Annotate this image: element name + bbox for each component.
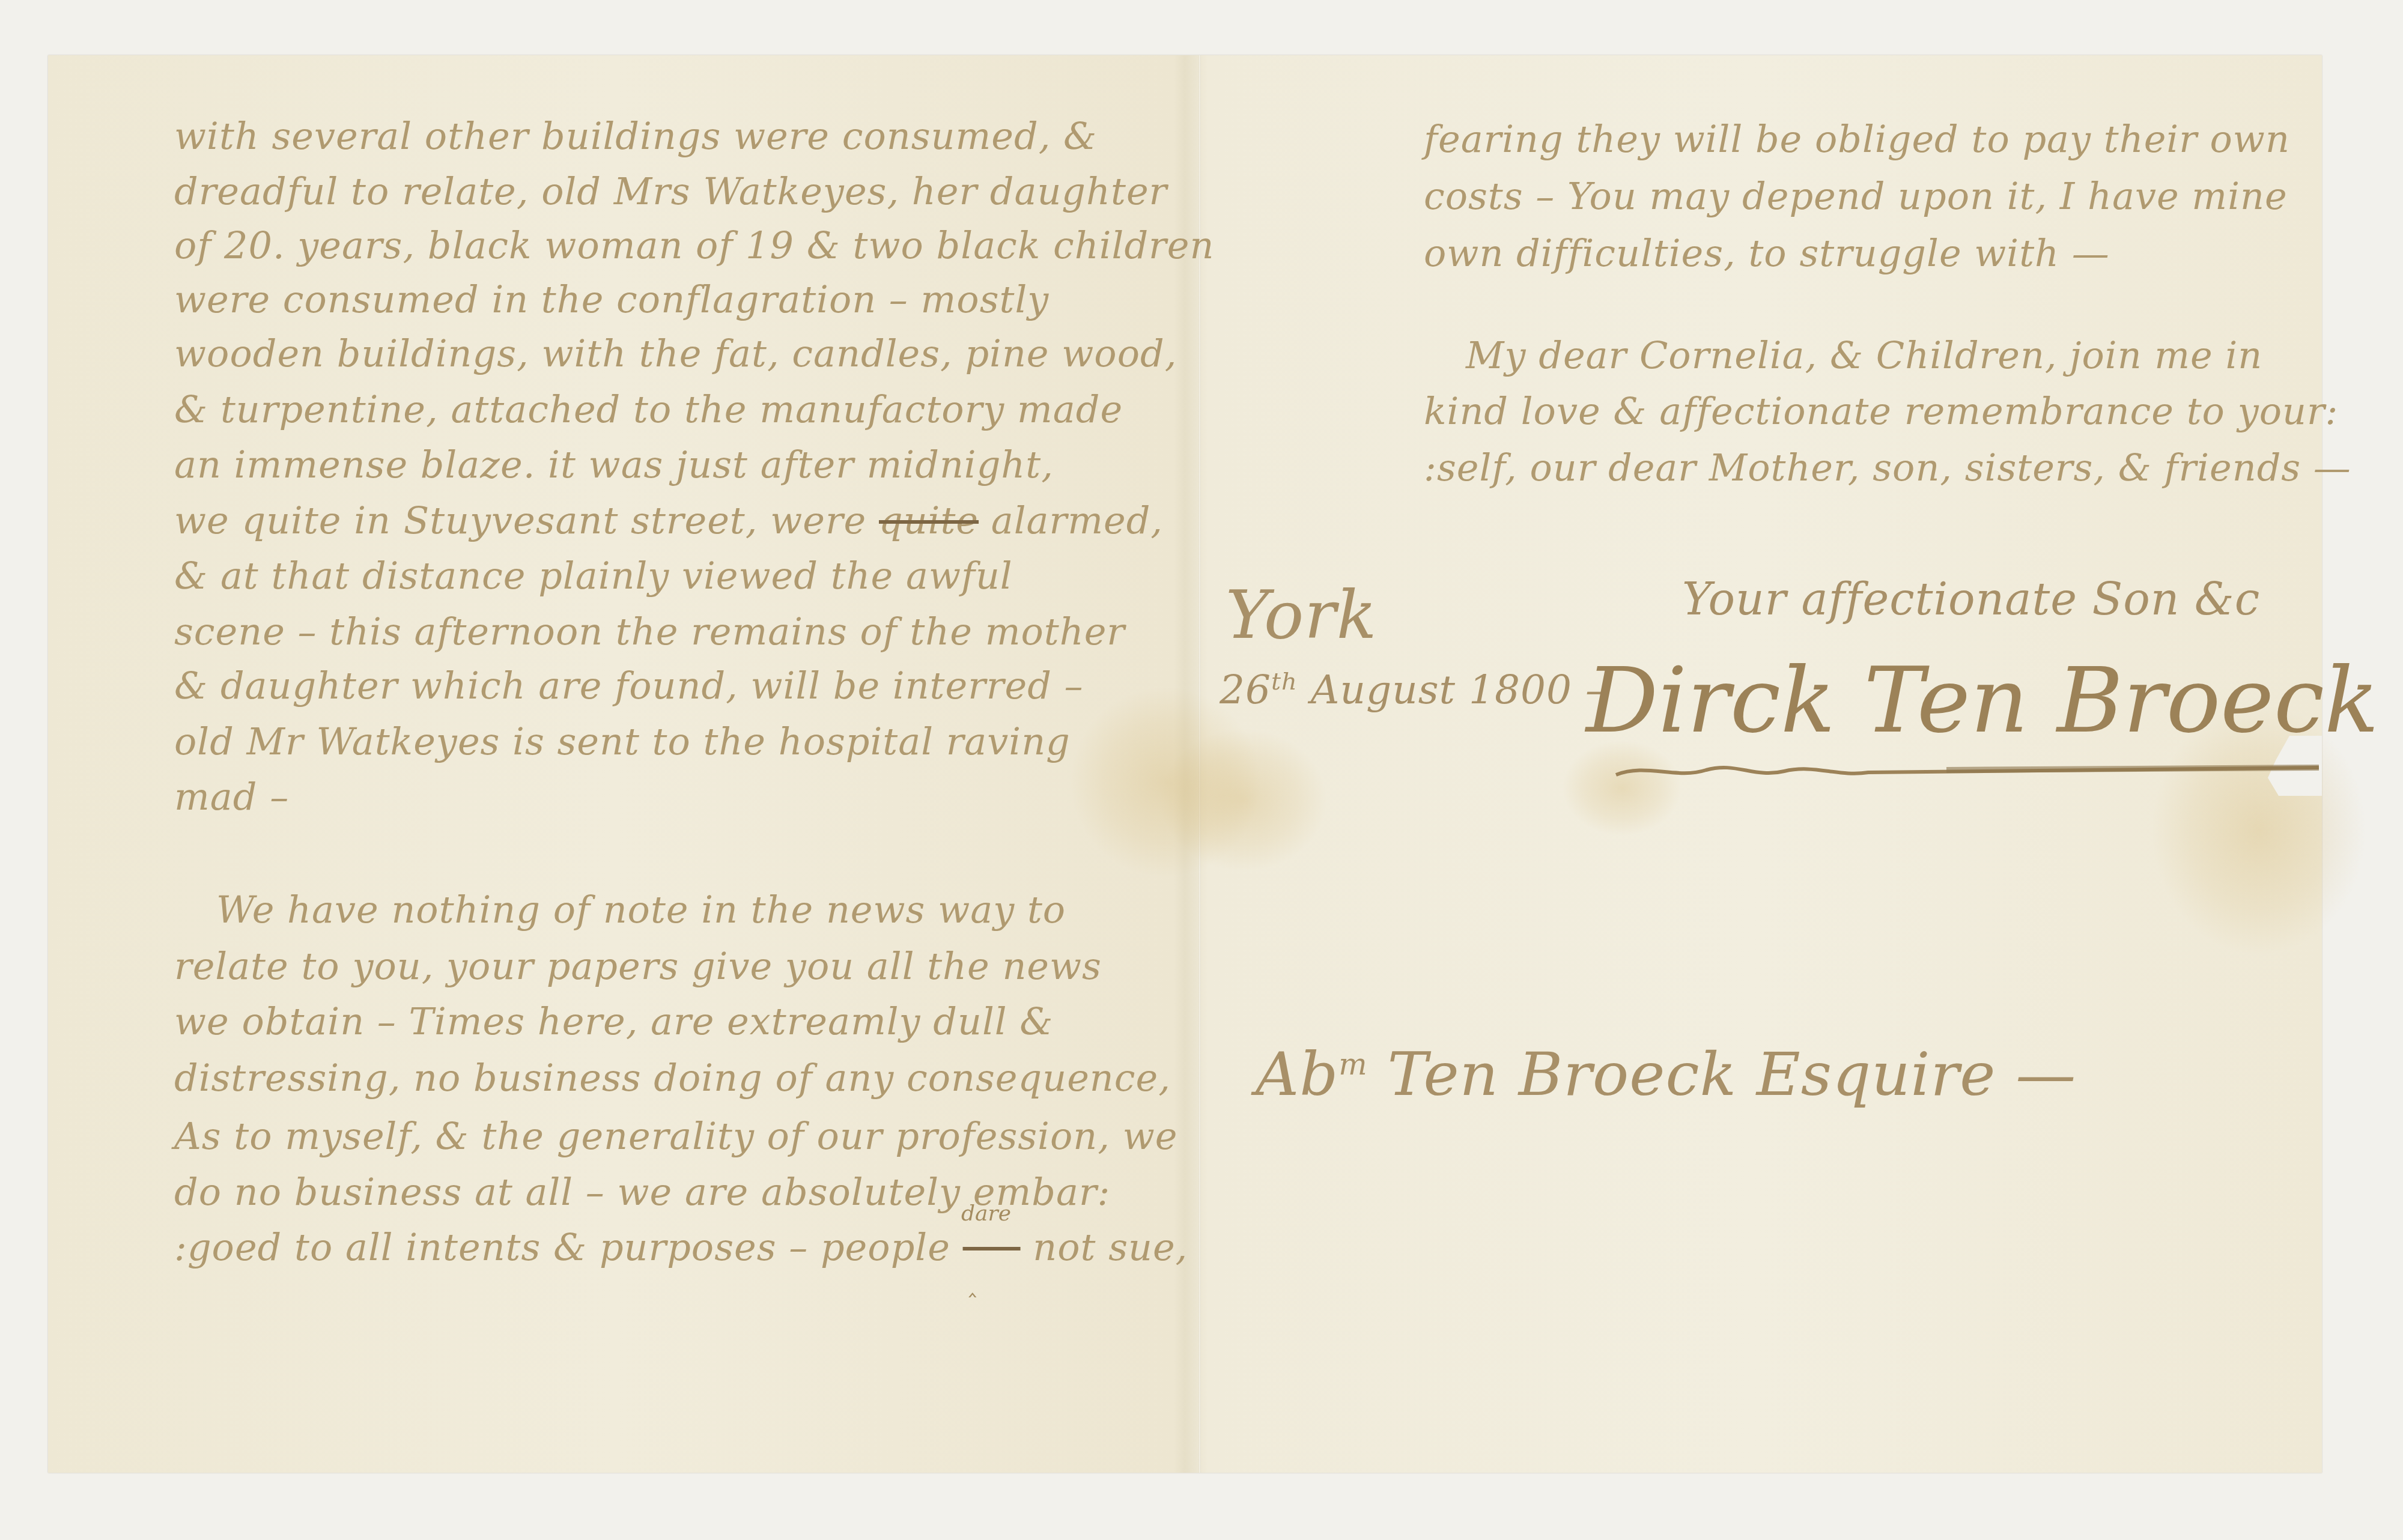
text-line: costs – You may depend upon it, I have m… (1424, 174, 2277, 218)
text-line: scene – this afternoon the remains of th… (174, 610, 1147, 653)
addressee-line: Abm Ten Broeck Esquire — (1256, 1039, 2076, 1109)
text-line: & at that distance plainly viewed the aw… (174, 554, 1147, 598)
text-line: dreadful to relate, old Mrs Watkeyes, he… (174, 169, 1147, 213)
text-line: own difficulties, to struggle with — (1424, 231, 2277, 275)
text-line: We have nothing of note in the news way … (216, 888, 1189, 932)
letter-place: York (1226, 577, 1378, 653)
date-suffix: th (1271, 668, 1298, 696)
addressee-name: Ten Broeck Esquire — (1368, 1039, 2077, 1109)
text-line: relate to you, your papers give you all … (174, 944, 1147, 988)
text-line: we obtain – Times here, are extreamly du… (174, 999, 1147, 1043)
text-segment: alarmed, (991, 499, 1163, 542)
closing-line: Your affectionate Son &c (1682, 574, 2260, 625)
text-line: kind love & affectionate remembrance to … (1424, 389, 2277, 433)
insertion-caret: ‸ (968, 1270, 977, 1298)
text-line: wooden buildings, with the fat, candles,… (174, 332, 1147, 375)
text-line: My dear Cornelia, & Children, join me in (1466, 333, 2319, 377)
text-line: we quite in Stuyvesant street, were quit… (174, 499, 1147, 542)
text-line: :self, our dear Mother, son, sisters, & … (1424, 446, 2277, 490)
text-line: & turpentine, attached to the manufactor… (174, 387, 1147, 431)
text-line: :goed to all intents & purposes – people… (174, 1225, 1147, 1269)
text-segment: :goed to all intents & purposes – people (174, 1225, 950, 1269)
text-line: were consumed in the conflagration – mos… (174, 277, 1147, 321)
signature-flourish (1610, 762, 2331, 780)
water-stain (1159, 728, 1328, 872)
text-line: As to myself, & the generality of our pr… (174, 1114, 1147, 1158)
text-line: mad – (174, 775, 1147, 819)
addressee-prefix: Ab (1256, 1039, 1338, 1109)
text-segment: not sue, (1033, 1225, 1188, 1269)
text-line: fearing they will be obliged to pay thei… (1424, 117, 2277, 161)
date-day: 26 (1220, 667, 1271, 713)
text-line: with several other buildings were consum… (174, 114, 1147, 158)
letter-date: 26th August 1800 – (1220, 667, 1606, 713)
struck-word (963, 1225, 1021, 1269)
date-rest: August 1800 – (1311, 667, 1606, 713)
addressee-sup: m (1338, 1047, 1367, 1082)
text-line: of 20. years, black woman of 19 & two bl… (174, 223, 1147, 267)
text-line: & daughter which are found, will be inte… (174, 664, 1147, 708)
water-stain (1562, 740, 1682, 836)
signature: Dirck Ten Broeck (1586, 649, 2379, 753)
text-line: an immense blaze. it was just after midn… (174, 443, 1147, 487)
inserted-word: dare (961, 1201, 1011, 1226)
text-segment: we quite in Stuyvesant street, were (174, 499, 866, 542)
struck-word: quite (879, 499, 979, 542)
text-line: old Mr Watkeyes is sent to the hospital … (174, 720, 1147, 763)
text-line: distressing, no business doing of any co… (174, 1056, 1147, 1100)
